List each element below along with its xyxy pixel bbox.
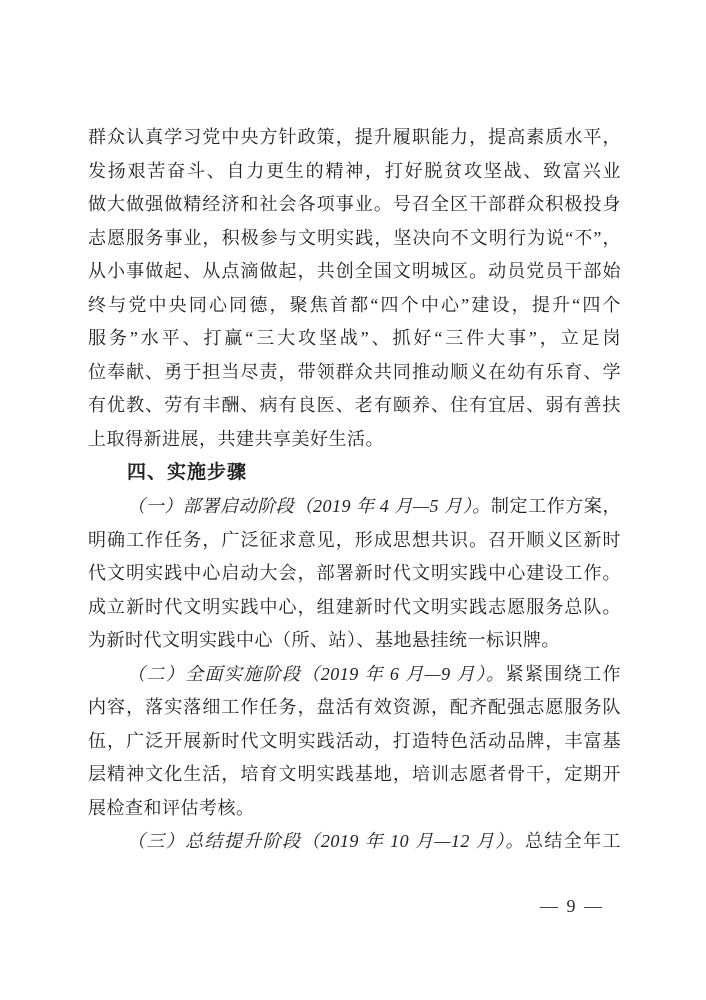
text-segment: 从小事做起、从点滴做起，共创全国文明城区。动员党员干部始 xyxy=(88,261,621,281)
document-body: 群众认真学习党中央方针政策，提升履职能力，提高素质水平，发扬艰苦奋斗、自力更生的… xyxy=(88,121,621,859)
text-segment: 上取得新进展，共建共享美好生活。 xyxy=(88,429,384,449)
text-segment: 终与党中央同心同德，聚焦首都“四个中心”建设，提升“四个 xyxy=(88,295,621,315)
phase-heading-segment: （三）总结提升阶段（2019 年 10 月—12 月）。 xyxy=(127,831,525,851)
text-line: 发扬艰苦奋斗、自力更生的精神，打好脱贫攻坚战、致富兴业战， xyxy=(88,155,621,189)
text-segment: 展检查和评估考核。 xyxy=(88,798,255,818)
phase-heading-segment: （一）部署启动阶段（2019 年 4 月—5 月）。 xyxy=(127,496,491,516)
text-line: 代文明实践中心启动大会，部署新时代文明实践中心建设工作。 xyxy=(88,557,621,591)
text-line: （三）总结提升阶段（2019 年 10 月—12 月）。总结全年工 xyxy=(88,825,621,859)
text-line: 从小事做起、从点滴做起，共创全国文明城区。动员党员干部始 xyxy=(88,255,621,289)
text-line: 成立新时代文明实践中心，组建新时代文明实践志愿服务总队。 xyxy=(88,591,621,625)
text-segment: 位奉献、勇于担当尽责，带领群众共同推动顺义在幼有乐育、学 xyxy=(88,362,621,382)
section-heading: 四、实施步骤 xyxy=(88,456,621,490)
text-line: 做大做强做精经济和社会各项事业。号召全区干部群众积极投身 xyxy=(88,188,621,222)
text-segment: 为新时代文明实践中心（所、站）、基地悬挂统一标识牌。 xyxy=(88,630,560,650)
text-line: 展检查和评估考核。 xyxy=(88,792,621,826)
text-line: 位奉献、勇于担当尽责，带领群众共同推动顺义在幼有乐育、学 xyxy=(88,356,621,390)
text-segment: 志愿服务事业，积极参与文明实践，坚决向不文明行为说“不”， xyxy=(88,228,621,248)
text-segment: 群众认真学习党中央方针政策，提升履职能力，提高素质水平， xyxy=(88,127,621,147)
text-line: 志愿服务事业，积极参与文明实践，坚决向不文明行为说“不”， xyxy=(88,222,621,256)
text-segment: 总结全年工 xyxy=(525,831,621,851)
text-segment: 发扬艰苦奋斗、自力更生的精神，打好脱贫攻坚战、致富兴业战， xyxy=(88,161,621,189)
text-segment: 紧紧围绕工作 xyxy=(506,664,621,684)
text-segment: 成立新时代文明实践中心，组建新时代文明实践志愿服务总队。 xyxy=(88,597,621,617)
text-segment: 代文明实践中心启动大会，部署新时代文明实践中心建设工作。 xyxy=(88,563,621,583)
text-segment: 做大做强做精经济和社会各项事业。号召全区干部群众积极投身 xyxy=(88,194,621,214)
text-segment: 服务”水平、打赢“三大攻坚战”、抓好“三件大事”，立足岗 xyxy=(88,328,621,348)
text-line: 伍，广泛开展新时代文明实践活动，打造特色活动品牌，丰富基 xyxy=(88,725,621,759)
text-segment: 四、实施步骤 xyxy=(127,462,247,483)
text-line: 群众认真学习党中央方针政策，提升履职能力，提高素质水平， xyxy=(88,121,621,155)
text-line: 为新时代文明实践中心（所、站）、基地悬挂统一标识牌。 xyxy=(88,624,621,658)
text-line: （一）部署启动阶段（2019 年 4 月—5 月）。制定工作方案， xyxy=(88,490,621,524)
document-page: 群众认真学习党中央方针政策，提升履职能力，提高素质水平，发扬艰苦奋斗、自力更生的… xyxy=(0,0,706,1000)
text-segment: 有优教、劳有丰酬、病有良医、老有颐养、住有宜居、弱有善扶 xyxy=(88,395,621,415)
text-segment: 明确工作任务，广泛征求意见，形成思想共识。召开顺义区新时 xyxy=(88,530,621,550)
text-segment: 内容，落实落细工作任务，盘活有效资源，配齐配强志愿服务队 xyxy=(88,697,621,717)
page-number: — 9 — xyxy=(540,896,604,917)
text-line: 明确工作任务，广泛征求意见，形成思想共识。召开顺义区新时 xyxy=(88,524,621,558)
text-line: （二）全面实施阶段（2019 年 6 月—9 月）。紧紧围绕工作 xyxy=(88,658,621,692)
text-line: 终与党中央同心同德，聚焦首都“四个中心”建设，提升“四个 xyxy=(88,289,621,323)
text-line: 上取得新进展，共建共享美好生活。 xyxy=(88,423,621,457)
text-segment: 制定工作方案， xyxy=(491,496,621,516)
text-line: 有优教、劳有丰酬、病有良医、老有颐养、住有宜居、弱有善扶 xyxy=(88,389,621,423)
text-segment: 层精神文化生活，培育文明实践基地，培训志愿者骨干，定期开 xyxy=(88,764,621,784)
phase-heading-segment: （二）全面实施阶段（2019 年 6 月—9 月）。 xyxy=(127,664,506,684)
text-line: 层精神文化生活，培育文明实践基地，培训志愿者骨干，定期开 xyxy=(88,758,621,792)
text-line: 内容，落实落细工作任务，盘活有效资源，配齐配强志愿服务队 xyxy=(88,691,621,725)
text-segment: 伍，广泛开展新时代文明实践活动，打造特色活动品牌，丰富基 xyxy=(88,731,621,751)
text-line: 服务”水平、打赢“三大攻坚战”、抓好“三件大事”，立足岗 xyxy=(88,322,621,356)
